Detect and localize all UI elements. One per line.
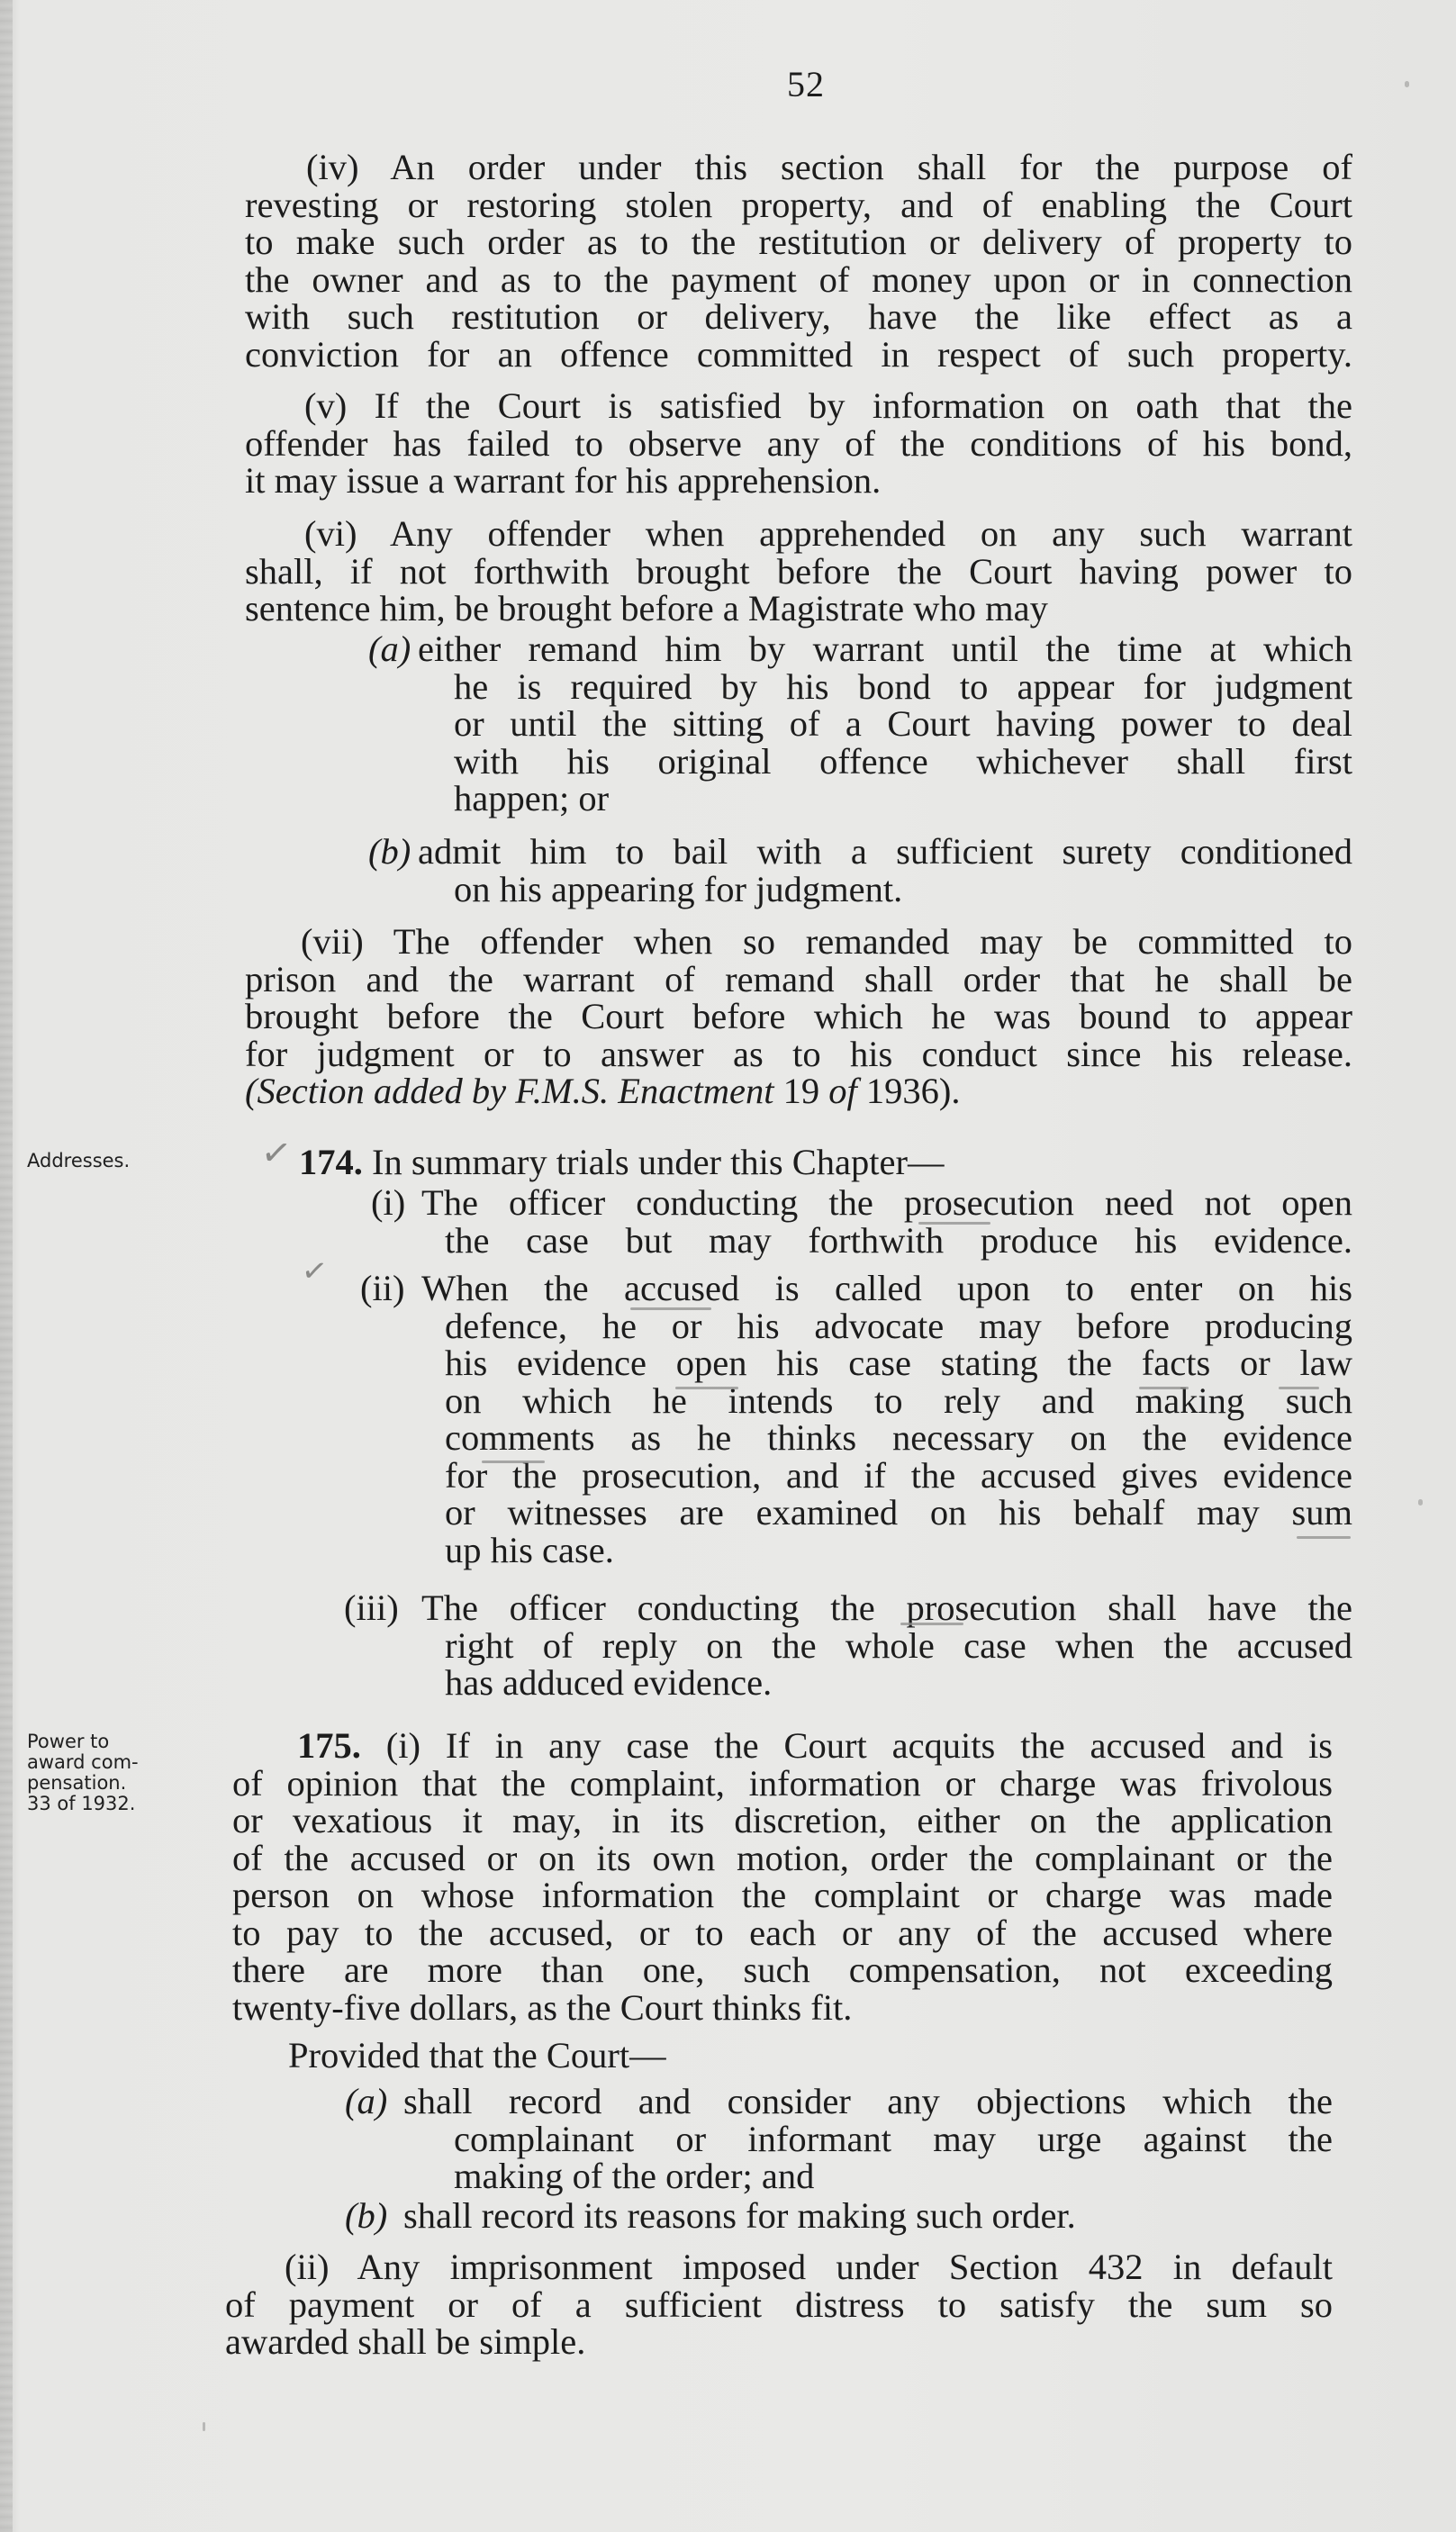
item-label: (b) [345,2197,387,2234]
scan-speck [203,2422,205,2431]
section-intro: In summary trials under this Chapter— [372,1142,945,1182]
pencil-underline [1297,1536,1351,1539]
text-line: of the accused or on its own motion, ord… [232,1840,1333,1877]
section-175-proviso-a: (a) shall record and consider any object… [232,2083,1333,2195]
text-line: for judgment or to answer as to his cond… [245,1035,1352,1073]
text-line: sentence him, be brought before a Magist… [245,590,1352,628]
text-line: person on whose information the complain… [232,1876,1333,1914]
item-label: (iii) [344,1589,399,1626]
margin-note-power-to-award-compensation: Power to award com- pensation. 33 of 193… [27,1732,139,1814]
text-line: with such restitution or delivery, have … [245,298,1352,336]
margin-note-addresses: Addresses. [27,1151,130,1171]
text-line: or witnesses are examined on his behalf … [445,1494,1352,1532]
text-line: offender has failed to observe any of th… [245,425,1352,463]
amendment-note: (Section added by F.M.S. Enactment 19 of… [245,1072,1352,1110]
text-line: or until the sitting of a Court having p… [454,705,1352,743]
text-line: it may issue a warrant for his apprehens… [245,462,1352,500]
section-174-item-ii: (ii) When the accused is called upon to … [245,1270,1352,1569]
text-line: (ii) Any imprisonment imposed under Sect… [225,2248,1333,2286]
item-label: (b) [368,833,411,870]
paragraph-vii: (vii) The offender when so remanded may … [245,923,1352,1110]
paragraph-vi-b: (b) admit him to bail with a sufficient … [245,833,1352,908]
pencil-underline [1139,1387,1189,1389]
section-number: 175. [297,1725,361,1766]
text-line: (iv) An order under this section shall f… [245,149,1352,186]
pencil-underline [1279,1387,1319,1389]
text-line: the owner and as to the payment of money… [245,261,1352,299]
text-line: (vi) Any offender when apprehended on an… [245,515,1352,553]
text-line: has adduced evidence. [445,1664,1352,1702]
text-line: admit him to bail with a sufficient sure… [418,833,1352,871]
text-line: The officer conducting the prosecution n… [421,1184,1352,1222]
section-174-item-iii: (iii) The officer conducting the prosecu… [245,1589,1352,1702]
text-line: on his appearing for judgment. [454,871,1352,909]
section-174-item-i: (i) The officer conducting the prosecuti… [245,1184,1352,1259]
text-line: conviction for an offence committed in r… [245,336,1352,374]
text-line: twenty-five dollars, as the Court thinks… [232,1989,1333,2027]
section-175-subsection-ii: (ii) Any imprisonment imposed under Sect… [225,2248,1333,2361]
text-line: for the prosecution, and if the accused … [445,1457,1352,1495]
scanned-page: 52 (iv) An order under this section shal… [0,0,1456,2532]
paragraph-v: (v) If the Court is satisfied by informa… [245,387,1352,500]
paragraph-vi: (vi) Any offender when apprehended on an… [245,515,1352,628]
text-line: of opinion that the complaint, informati… [232,1765,1333,1803]
paragraph-iv: (iv) An order under this section shall f… [245,149,1352,373]
section-174-heading: 174. In summary trials under this Chapte… [245,1144,1352,1181]
text-line: revesting or restoring stolen property, … [245,186,1352,224]
pencil-underline [630,1307,711,1310]
text-line: to pay to the accused, or to each or any… [232,1914,1333,1952]
item-label: (a) [345,2083,387,2120]
paragraph-vi-a: (a) either remand him by warrant until t… [245,630,1352,818]
section-175-proviso: Provided that the Court— [232,2037,1333,2075]
text-line: his evidence open his case stating the f… [445,1344,1352,1382]
text-line: up his case. [445,1532,1352,1569]
pencil-underline [482,1460,545,1463]
binding-edge [0,0,13,2532]
text-line: on which he intends to rely and making s… [445,1382,1352,1420]
text-line: prison and the warrant of remand shall o… [245,961,1352,999]
text-line: shall record and consider any objections… [403,2083,1333,2121]
text-line: Provided that the Court— [232,2037,1333,2075]
text-line: happen; or [454,780,1352,818]
text-line: of payment or of a sufficient distress t… [225,2286,1333,2324]
text-line: brought before the Court before which he… [245,998,1352,1035]
scan-speck [1418,1499,1423,1506]
text-line: 175. (i) If in any case the Court acquit… [232,1727,1333,1765]
text-line: there are more than one, such compensati… [232,1951,1333,1989]
text-line: awarded shall be simple. [225,2323,1333,2361]
text-line: (v) If the Court is satisfied by informa… [245,387,1352,425]
text-line: or vexatious it may, in its discretion, … [232,1802,1333,1840]
pencil-underline [918,1222,990,1225]
text-line: the case but may forthwith produce his e… [445,1222,1352,1260]
item-label: (a) [368,630,411,667]
text-line: making of the order; and [454,2157,1333,2195]
section-175-subsection-i: 175. (i) If in any case the Court acquit… [232,1727,1333,2026]
section-number: 174. [299,1142,363,1182]
item-label: (ii) [360,1270,404,1307]
text-line: comments as he thinks necessary on the e… [445,1419,1352,1457]
text-line: to make such order as to the restitution… [245,223,1352,261]
text-line: right of reply on the whole case when th… [445,1627,1352,1665]
text-line: with his original offence whichever shal… [454,743,1352,781]
text-line: shall, if not forthwith brought before t… [245,553,1352,591]
text-line: he is required by his bond to appear for… [454,668,1352,706]
text-line: The officer conducting the prosecution s… [421,1589,1352,1627]
pencil-underline [675,1387,738,1389]
text-line: (vii) The offender when so remanded may … [245,923,1352,961]
scan-speck [1405,81,1409,87]
text-line: either remand him by warrant until the t… [418,630,1352,668]
section-175-proviso-b: (b) shall record its reasons for making … [232,2197,1333,2235]
page-number: 52 [0,63,1456,105]
item-label: (i) [371,1184,405,1221]
pencil-underline [900,1623,963,1625]
text-line: complainant or informant may urge agains… [454,2121,1333,2158]
text-line: defence, he or his advocate may before p… [445,1307,1352,1345]
text-line: shall record its reasons for making such… [403,2197,1333,2235]
text-line: When the accused is called upon to enter… [421,1270,1352,1307]
